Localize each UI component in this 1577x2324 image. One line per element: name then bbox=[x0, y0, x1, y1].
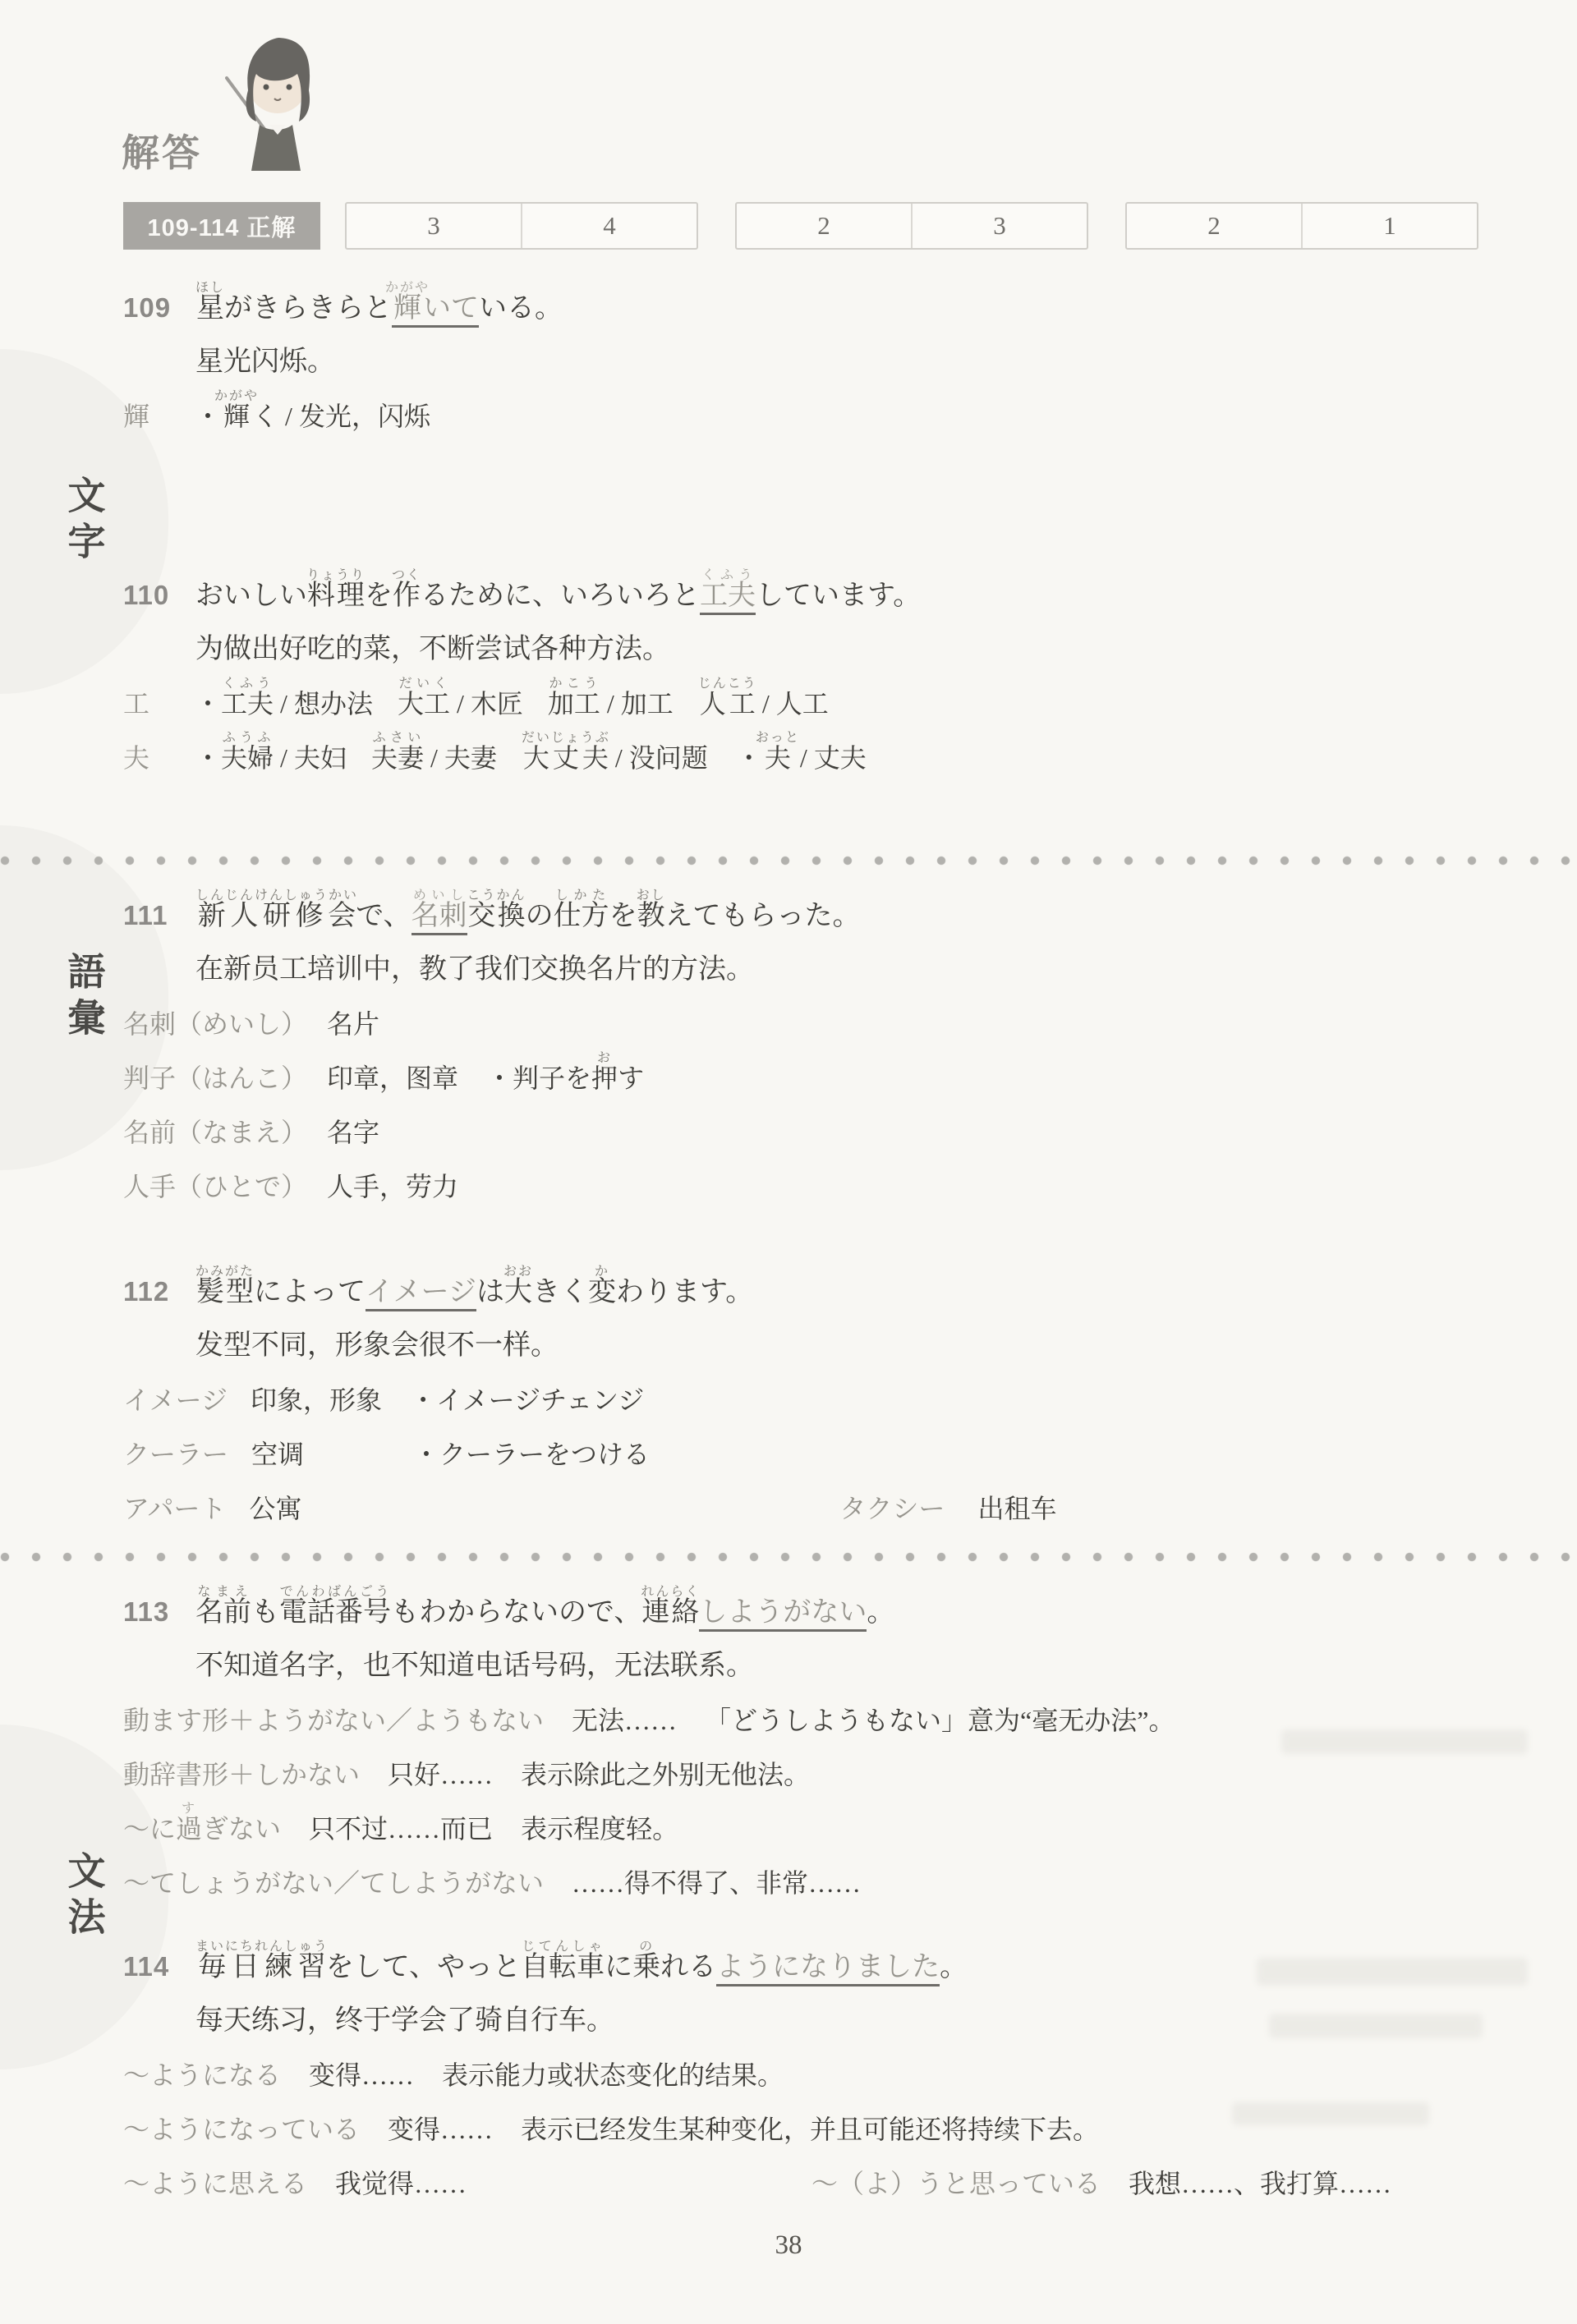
text-run: 在新员工培训中，教了我们交换名片的方法。 bbox=[195, 954, 754, 985]
vocab-line: 夫・夫婦ふうふ / 夫妇夫妻ふさい / 夫妻大丈夫だいじょうぶ / 没问题・夫お… bbox=[123, 731, 921, 785]
text-run: / 木匠 bbox=[450, 689, 523, 719]
sentence-line: 111新人研修会しんじんけんしゅうかいで、名刺めいし交換こうかんの仕方しかたを教… bbox=[123, 889, 861, 943]
answer-range-label: 109-114 正解 bbox=[123, 202, 320, 250]
dotted-separator bbox=[0, 856, 1577, 866]
text-run: 。 bbox=[867, 1597, 894, 1628]
side-tab-moji-label: 文字 bbox=[57, 475, 112, 567]
text-run: 輝かがや bbox=[221, 402, 252, 431]
vocab-line: クーラー空调・クーラーをつける bbox=[123, 1427, 1057, 1481]
mascot-girl-illustration bbox=[220, 33, 335, 172]
trans-line: 不知道名字，也不知道电话号码，无法联系。 bbox=[123, 1639, 1175, 1693]
text-run: 每天练习，终于学会了骑自行车。 bbox=[195, 2005, 614, 2036]
text-run: 夫妻ふさい bbox=[371, 743, 424, 773]
text-run: によって bbox=[254, 1277, 366, 1307]
vocab-line: 人手（ひとで）人手，劳力 bbox=[123, 1160, 861, 1214]
text-run: 夫おっと bbox=[762, 743, 793, 773]
text-run: / 夫妻 bbox=[424, 743, 497, 773]
text-run: 空调 bbox=[251, 1440, 304, 1469]
question-number: 111 bbox=[123, 889, 181, 943]
text-run: 不知道名字，也不知道电话号码，无法联系。 bbox=[195, 1651, 754, 1681]
text-run: ～てしょうがない／てしようがない bbox=[123, 1868, 544, 1898]
answer-cell-110: 4 bbox=[521, 204, 697, 248]
answer-section-114: 114毎日練習まいにちれんしゅうをして、やっと自転車じてんしゃに乗のれるようにな… bbox=[123, 1940, 1391, 2211]
answer-group-2: 2 3 bbox=[735, 202, 1088, 250]
text-run: 发型不同，形象会很不一样。 bbox=[195, 1330, 559, 1361]
text-run: に bbox=[605, 1952, 632, 1982]
text-run: 「どうしようもない」意为“毫无办法”。 bbox=[705, 1706, 1175, 1735]
text-run: ～に bbox=[123, 1814, 176, 1844]
text-run: 料理りょうり bbox=[307, 581, 365, 611]
text-run: 過す bbox=[176, 1814, 202, 1844]
text-run: ・クーラーをつける bbox=[413, 1440, 650, 1469]
question-number: 113 bbox=[123, 1585, 181, 1639]
vocab-line: 工・工夫くふう / 想办法大工だいく / 木匠加工かこう / 加工人工じんこう … bbox=[123, 677, 921, 731]
vocab-line: イメージ印象，形象・イメージチェンジ bbox=[123, 1373, 1057, 1427]
text-run: がきらきらと bbox=[224, 293, 392, 324]
text-run: / 人工 bbox=[756, 689, 829, 719]
question-number: 109 bbox=[123, 281, 181, 335]
sentence-line: 113名前なまえも電話番号でんわばんごうもわからないので、連絡れんらくしようがな… bbox=[123, 1585, 1175, 1639]
text-run: 夫 bbox=[123, 743, 149, 773]
text-run: / 丈夫 bbox=[793, 743, 867, 773]
text-run: で、 bbox=[356, 901, 411, 931]
answer-word: ようになりました bbox=[716, 1952, 940, 1986]
grammar-line: ～ようになっている变得……表示已经发生某种变化，并且可能还将持续下去。 bbox=[123, 2102, 1391, 2156]
text-run: 为做出好吃的菜，不断尝试各种方法。 bbox=[195, 634, 670, 664]
text-run: ・イメージチェンジ bbox=[410, 1385, 644, 1415]
text-run: 只好…… bbox=[388, 1760, 493, 1789]
text-run: 電話番号でんわばんごう bbox=[279, 1597, 391, 1628]
text-run: も bbox=[251, 1597, 279, 1628]
page-title: 解答 bbox=[122, 123, 202, 177]
text-run: 表示已经发生某种变化，并且可能还将持续下去。 bbox=[521, 2115, 1099, 2144]
text-run: れる bbox=[660, 1952, 716, 1982]
vocab-line: 判子（はんこ）印章，图章・判子を押おす bbox=[123, 1051, 861, 1105]
text-run: / 想办法 bbox=[274, 689, 373, 719]
text-run: きく bbox=[532, 1277, 588, 1307]
text-run: 交換こうかん bbox=[467, 901, 526, 931]
text-run: 出租车 bbox=[977, 1494, 1056, 1523]
grammar-line: ～ように思える我觉得……～（よ）うと思っている我想……、我打算…… bbox=[123, 2156, 1391, 2211]
text-run: 星ほし bbox=[195, 293, 224, 324]
trans-line: 每天练习，终于学会了骑自行车。 bbox=[123, 1994, 1391, 2048]
answer-cell-112: 3 bbox=[911, 204, 1087, 248]
text-run: ～ように思える bbox=[123, 2169, 307, 2198]
text-run: 印章，图章 bbox=[327, 1063, 458, 1093]
answer-section-110: 110おいしい料理りょうりを作つくるために、いろいろと工夫くふうしています。为做… bbox=[123, 568, 921, 785]
text-run: 无法…… bbox=[572, 1706, 677, 1735]
text-run: ～ようになる bbox=[123, 2060, 281, 2090]
answer-cell-114: 1 bbox=[1301, 204, 1477, 248]
text-run: 教おし bbox=[637, 901, 665, 931]
text-run: えてもらった。 bbox=[665, 901, 861, 931]
answer-word: いて bbox=[423, 293, 479, 328]
text-run: 人工じんこう bbox=[698, 689, 756, 719]
text-run: を bbox=[609, 901, 637, 931]
text-run: ・ bbox=[195, 743, 221, 773]
text-run: / 没问题 bbox=[609, 743, 708, 773]
girl-eye-right bbox=[287, 85, 292, 90]
grammar-line: ～ようになる变得……表示能力或状态变化的结果。 bbox=[123, 2048, 1391, 2102]
text-run: 夫婦ふうふ bbox=[221, 743, 274, 773]
text-run: 髪型かみがた bbox=[195, 1277, 254, 1307]
text-run: 名前なまえ bbox=[195, 1597, 251, 1628]
question-number: 114 bbox=[123, 1940, 181, 1994]
text-run: イメージ bbox=[123, 1385, 228, 1415]
vocab-line: 名前（なまえ）名字 bbox=[123, 1105, 861, 1160]
answer-word: イメージ bbox=[366, 1277, 476, 1311]
text-run: す bbox=[618, 1063, 644, 1093]
text-run: 名前（なまえ） bbox=[123, 1118, 307, 1147]
text-run: 只不过……而已 bbox=[309, 1814, 493, 1844]
question-number: 110 bbox=[123, 568, 181, 622]
answer-group-3: 2 1 bbox=[1125, 202, 1478, 250]
answer-word: しようがない bbox=[699, 1597, 867, 1632]
text-run: 。 bbox=[940, 1952, 968, 1982]
answer-section-111: 111新人研修会しんじんけんしゅうかいで、名刺めいし交換こうかんの仕方しかたを教… bbox=[123, 889, 861, 1214]
text-run: 加工かこう bbox=[548, 689, 600, 719]
text-run: いる。 bbox=[479, 293, 563, 324]
answer-section-112: 112髪型かみがたによってイメージは大おおきく変かわります。发型不同，形象会很不… bbox=[123, 1265, 1057, 1536]
text-run: 作つく bbox=[393, 581, 421, 611]
dotted-separator bbox=[0, 1552, 1577, 1562]
sentence-line: 112髪型かみがたによってイメージは大おおきく変かわります。 bbox=[123, 1265, 1057, 1319]
answer-section-109: 109星ほしがきらきらと輝かがやいている。星光闪烁。輝・輝かがやく / 发光，闪… bbox=[123, 281, 563, 443]
text-run: ～ようになっている bbox=[123, 2115, 360, 2144]
text-run: ～（よ）うと思っている bbox=[811, 2169, 1101, 2198]
grammar-line: 動辞書形＋しかない只好……表示除此之外别无他法。 bbox=[123, 1748, 1175, 1802]
trans-line: 发型不同，形象会很不一样。 bbox=[123, 1319, 1057, 1373]
text-run: タクシー bbox=[839, 1494, 945, 1523]
text-run: 我觉得…… bbox=[335, 2169, 467, 2198]
answer-cell-113: 2 bbox=[1127, 204, 1301, 248]
side-tab-goi-label: 語彙 bbox=[57, 952, 112, 1044]
answer-word: 工夫くふう bbox=[700, 581, 756, 615]
text-run: 判子（はんこ） bbox=[123, 1063, 307, 1093]
text-run: 人手（ひとで） bbox=[123, 1172, 307, 1201]
text-run: 我想……、我打算…… bbox=[1129, 2169, 1391, 2198]
side-tab-bunpou-label: 文法 bbox=[57, 1851, 112, 1943]
text-run: / 加工 bbox=[600, 689, 674, 719]
trans-line: 为做出好吃的菜，不断尝试各种方法。 bbox=[123, 622, 921, 677]
text-run: 毎日練習まいにちれんしゅう bbox=[195, 1952, 326, 1982]
text-run: の bbox=[526, 901, 554, 931]
text-run: 変か bbox=[588, 1277, 616, 1307]
text-run: 变得…… bbox=[309, 2060, 414, 2090]
text-run: く / 发光，闪烁 bbox=[252, 402, 430, 431]
vocab-line: 輝・輝かがやく / 发光，闪烁 bbox=[123, 389, 563, 443]
text-run: 乗の bbox=[632, 1952, 660, 1982]
text-run: をして、やっと bbox=[326, 1952, 521, 1982]
text-run: 表示除此之外别无他法。 bbox=[521, 1760, 810, 1789]
text-run: 動ます形＋ようがない／ようもない bbox=[123, 1706, 544, 1735]
text-run: 工 bbox=[123, 689, 149, 719]
text-run: 名片 bbox=[327, 1009, 379, 1039]
sentence-line: 114毎日練習まいにちれんしゅうをして、やっと自転車じてんしゃに乗のれるようにな… bbox=[123, 1940, 1391, 1994]
answer-cell-111: 2 bbox=[737, 204, 911, 248]
trans-line: 星光闪烁。 bbox=[123, 335, 563, 389]
text-run: 星光闪烁。 bbox=[195, 347, 335, 377]
text-run: 自転車じてんしゃ bbox=[521, 1952, 605, 1982]
text-run: ぎない bbox=[202, 1814, 281, 1844]
text-run: クーラー bbox=[123, 1440, 228, 1469]
text-run: 大工だいく bbox=[398, 689, 450, 719]
text-run: 工夫くふう bbox=[221, 689, 274, 719]
text-run: るために、いろいろと bbox=[421, 581, 700, 611]
sentence-line: 110おいしい料理りょうりを作つくるために、いろいろと工夫くふうしています。 bbox=[123, 568, 921, 622]
text-run: しています。 bbox=[756, 581, 921, 611]
text-run: ・ bbox=[195, 689, 221, 719]
text-run: わります。 bbox=[616, 1277, 753, 1307]
answer-word: 名刺めいし bbox=[411, 901, 467, 935]
text-run: 押お bbox=[591, 1063, 618, 1093]
text-run: ・判子を bbox=[486, 1063, 591, 1093]
answer-group-1: 3 4 bbox=[345, 202, 698, 250]
text-run: おいしい bbox=[195, 581, 307, 611]
scanned-textbook-page: 文字 語彙 文法 解答 109-114 正解 3 4 2 3 2 1 109星ほ… bbox=[0, 0, 1577, 2324]
answer-cell-109: 3 bbox=[347, 204, 521, 248]
text-run: 表示程度轻。 bbox=[521, 1814, 678, 1844]
text-run: 公寓 bbox=[249, 1494, 301, 1523]
text-run: 名字 bbox=[327, 1118, 379, 1147]
trans-line: 在新员工培训中，教了我们交换名片的方法。 bbox=[123, 943, 861, 997]
text-run: もわからないので、 bbox=[391, 1597, 641, 1628]
vocab-line: アパート公寓タクシー出租车 bbox=[123, 1481, 1057, 1536]
sentence-line: 109星ほしがきらきらと輝かがやいている。 bbox=[123, 281, 563, 335]
text-run: 連絡れんらく bbox=[641, 1597, 699, 1628]
answer-section-113: 113名前なまえも電話番号でんわばんごうもわからないので、連絡れんらくしようがな… bbox=[123, 1585, 1175, 1910]
text-run: アパート bbox=[123, 1494, 226, 1523]
text-run: 人手，劳力 bbox=[327, 1172, 458, 1201]
text-run: は bbox=[476, 1277, 504, 1307]
vocab-line: 名刺（めいし）名片 bbox=[123, 997, 861, 1051]
text-run: を bbox=[365, 581, 393, 611]
answer-word: 輝かがや bbox=[392, 293, 423, 328]
girl-eye-left bbox=[264, 85, 269, 90]
grammar-line: 動ます形＋ようがない／ようもない无法……「どうしようもない」意为“毫无办法”。 bbox=[123, 1693, 1175, 1748]
text-run: 名刺（めいし） bbox=[123, 1009, 307, 1039]
grammar-line: ～に過すぎない只不过……而已表示程度轻。 bbox=[123, 1802, 1175, 1856]
text-run: 仕方しかた bbox=[554, 901, 609, 931]
question-number: 112 bbox=[123, 1265, 181, 1319]
grammar-line: ～てしょうがない／てしようがない……得不得了、非常…… bbox=[123, 1856, 1175, 1910]
text-run: 大丈夫だいじょうぶ bbox=[522, 743, 609, 773]
text-run: 輝 bbox=[123, 402, 149, 431]
text-run: ……得不得了、非常…… bbox=[572, 1868, 861, 1898]
text-run: / 夫妇 bbox=[274, 743, 347, 773]
text-run: 印象，形象 bbox=[251, 1385, 382, 1415]
text-run: 变得…… bbox=[388, 2115, 493, 2144]
page-bleed-artifact bbox=[1281, 1729, 1528, 1754]
text-run: 表示能力或状态变化的结果。 bbox=[442, 2060, 784, 2090]
text-run: 動辞書形＋しかない bbox=[123, 1760, 360, 1789]
page-number: 38 bbox=[0, 2230, 1577, 2261]
text-run: 大おお bbox=[504, 1277, 532, 1307]
text-run: 新人研修会しんじんけんしゅうかい bbox=[195, 901, 356, 931]
